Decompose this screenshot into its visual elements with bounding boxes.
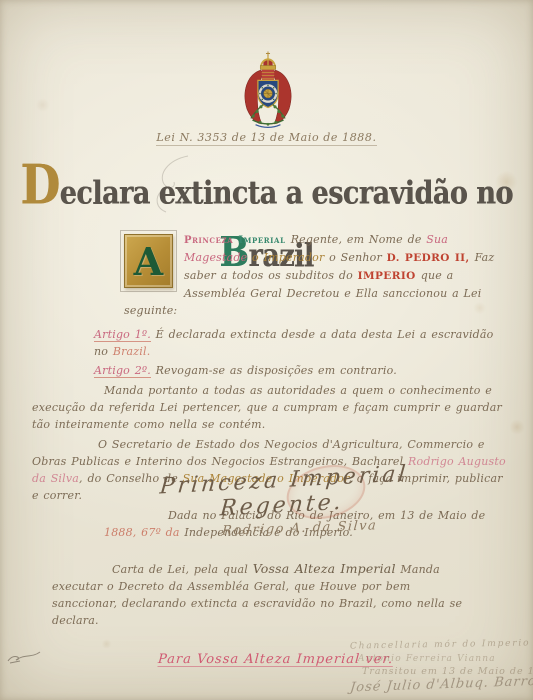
artigo-2-label: Artigo 2º. (94, 364, 151, 378)
title-initial-d: D (20, 153, 59, 217)
paragraph-artigo-1: Artigo 1º. É declarada extincta desde a … (94, 326, 506, 360)
illuminated-initial-a: A (124, 234, 173, 288)
text-segment: o Senhor (329, 251, 387, 264)
law-number-text: Lei N. 3353 de 13 de Maio de 1888. (156, 131, 376, 146)
law-number-line: Lei N. 3353 de 13 de Maio de 1888. (0, 131, 533, 144)
paragraph-artigo-2: Artigo 2º. Revogam-se as disposições em … (94, 362, 506, 379)
imperial-coat-of-arms-icon (229, 50, 307, 134)
brazil-highlight-text: Brazil. (113, 345, 151, 358)
text-segment: Regente, em Nome de (291, 233, 427, 246)
text-segment: Manda portanto a todas as autoridades a … (32, 384, 502, 431)
o-imperador-text: o Imperador (252, 251, 329, 264)
text-segment: É declarada extincta desde a data desta … (94, 328, 493, 358)
pedro-ii-text: D. PEDRO II, (387, 252, 475, 264)
vossa-alteza-text: Vossa Alteza Imperial (253, 561, 396, 576)
text-segment: Revogam-se as disposições em contrario. (151, 364, 397, 377)
imperio-text: IMPERIO (358, 270, 421, 282)
paragraph-opening: A Princeza Imperial Regente, em Nome de … (124, 231, 506, 319)
paragraph-manda: Manda portanto a todas as autoridades a … (32, 382, 506, 433)
text-segment: Carta de Lei, pela qual (112, 563, 253, 576)
imperial-text: Imperial (238, 235, 290, 246)
date-1888-text: 1888, 67º da (104, 526, 180, 539)
princeza-text: Princeza (184, 235, 238, 246)
chancellery-note: Chancellaria mór do Imperio (350, 638, 530, 651)
margin-scribble-icon (6, 648, 42, 666)
title-middle-text: eclara extincta a escravidão no (60, 175, 513, 212)
document-page: Lei N. 3353 de 13 de Maio de 1888. Decla… (0, 0, 533, 700)
paragraph-carta: Carta de Lei, pela qual Vossa Alteza Imp… (52, 560, 476, 629)
vianna-signature: Antonio Ferreira Vianna (358, 654, 496, 664)
artigo-1-label: Artigo 1º. (94, 328, 151, 342)
